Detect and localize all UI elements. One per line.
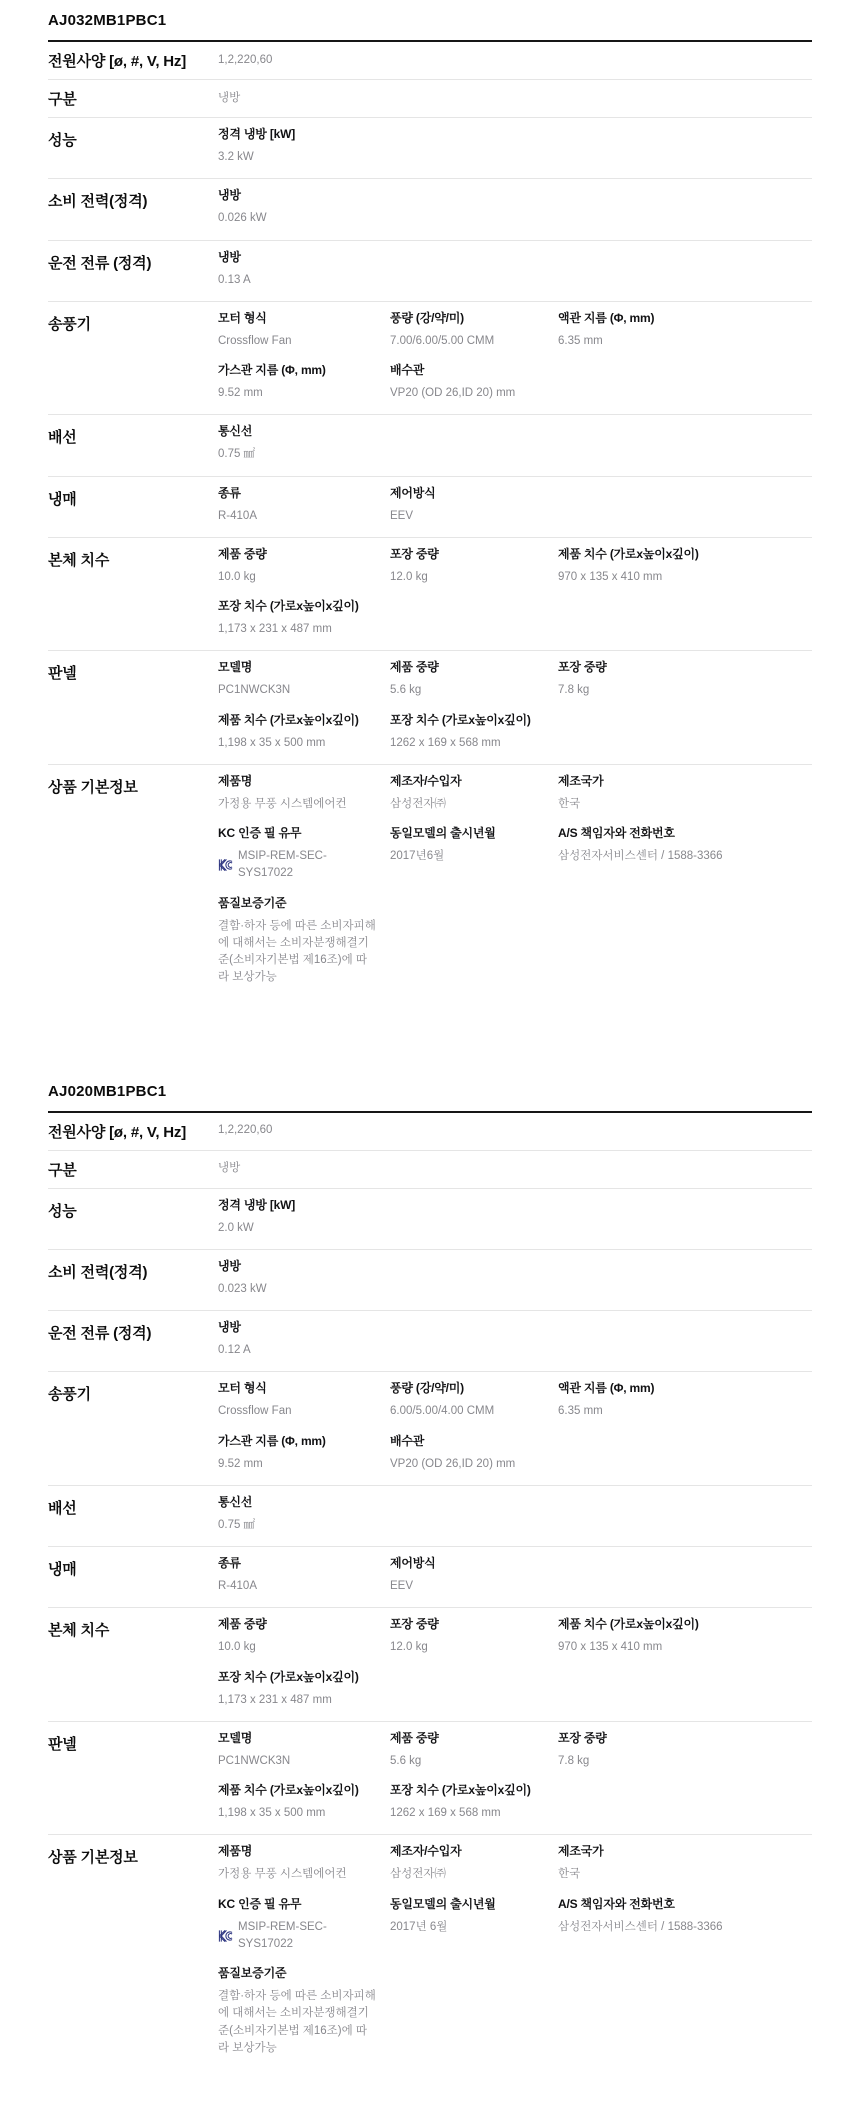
row-label: 운전 전류 (정격) [48,250,218,289]
spec-cell: 냉방 [218,92,390,106]
cell-key: 제품 중량 [390,1731,546,1746]
cell-key: 제품명 [218,1844,378,1859]
cell-key: 제품 중량 [218,547,378,562]
cell-key: 냉방 [218,1320,378,1335]
cell-value: 1,173 x 231 x 487 mm [218,1692,378,1709]
table-row: 운전 전류 (정격)냉방0.13 A [48,240,812,301]
spec-cell: 1,2,220,60 [218,1124,390,1138]
cell-key: 종류 [218,486,378,501]
spec-cell: 포장 치수 (가로x높이x깊이)1262 x 169 x 568 mm [390,713,558,752]
cell-value: 0.026 kW [218,210,378,227]
table-row: 상품 기본정보제품명가정용 무풍 시스템에어컨제조자/수입자삼성전자㈜제조국가한… [48,764,812,999]
cell-value: 2017년 6월 [390,1919,546,1936]
row-cells: 모터 형식Crossflow Fan풍량 (강/약/미)7.00/6.00/5.… [218,311,812,403]
spec-cell: KC 인증 필 유무MSIP-REM-SEC-SYS17022 [218,826,390,883]
spec-cell: 정격 냉방 [kW]2.0 kW [218,1198,390,1237]
cell-key: 제조자/수입자 [390,1844,546,1859]
table-row: 냉매종류R-410A제어방식EEV [48,476,812,537]
row-cells: 냉방0.026 kW [218,188,812,227]
spec-cell: 포장 치수 (가로x높이x깊이)1,173 x 231 x 487 mm [218,1670,390,1709]
cell-value: PC1NWCK3N [218,682,378,699]
row-cells: 모터 형식Crossflow Fan풍량 (강/약/미)6.00/5.00/4.… [218,1381,812,1473]
spec-cell: 품질보증기준결함·하자 등에 따른 소비자피해에 대해서는 소비자분쟁해결기준(… [218,896,390,987]
cell-key: 정격 냉방 [kW] [218,1198,378,1213]
cell-value: 한국 [558,796,800,813]
spec-cell: 제품 중량10.0 kg [218,1617,390,1656]
row-cells: 종류R-410A제어방식EEV [218,1556,812,1595]
cell-key: 포장 중량 [558,660,800,675]
row-cells: 냉방0.023 kW [218,1259,812,1298]
row-label: 냉매 [48,1556,218,1595]
cell-value: 결함·하자 등에 따른 소비자피해에 대해서는 소비자분쟁해결기준(소비자기본법… [218,918,378,987]
row-label: 구분 [48,88,218,109]
spec-cell: 풍량 (강/약/미)7.00/6.00/5.00 CMM [390,311,558,350]
row-label: 냉매 [48,486,218,525]
row-cells: 통신선0.75 ㎟ [218,424,812,463]
row-label: 송풍기 [48,1381,218,1473]
spec-cell: 종류R-410A [218,486,390,525]
spec-cell: 제어방식EEV [390,1556,558,1595]
table-rows: 전원사양 [ø, #, V, Hz]1,2,220,60구분냉방성능정격 냉방 … [48,1111,812,2070]
cell-value: 6.35 mm [558,1403,800,1420]
spec-cell: 모터 형식Crossflow Fan [218,311,390,350]
spec-cell: 제품 치수 (가로x높이x깊이)1,198 x 35 x 500 mm [218,713,390,752]
cell-key: 포장 중량 [558,1731,800,1746]
cell-key: 제품 중량 [390,660,546,675]
cell-value: 냉방 [218,92,378,106]
cell-value: 삼성전자㈜ [390,1866,546,1883]
row-cells: 냉방0.12 A [218,1320,812,1359]
spec-cell: 풍량 (강/약/미)6.00/5.00/4.00 CMM [390,1381,558,1420]
cell-key: 포장 치수 (가로x높이x깊이) [218,599,378,614]
cell-value: 12.0 kg [390,569,546,586]
cell-key: A/S 책임자와 전화번호 [558,826,800,841]
table-row: 소비 전력(정격)냉방0.023 kW [48,1249,812,1310]
cell-key: 풍량 (강/약/미) [390,311,546,326]
cell-key: 모델명 [218,660,378,675]
spec-cell: 냉방0.026 kW [218,188,390,227]
cell-value: 2017년6월 [390,848,546,865]
row-label: 배선 [48,1495,218,1534]
cell-key: 배수관 [390,363,546,378]
cell-key: 모터 형식 [218,1381,378,1396]
spec-cell: 제조국가한국 [558,1844,812,1883]
row-label: 본체 치수 [48,547,218,639]
spec-cell: 포장 중량7.8 kg [558,660,812,699]
spec-cell: 포장 중량7.8 kg [558,1731,812,1770]
spec-sheet: AJ032MB1PBC1전원사양 [ø, #, V, Hz]1,2,220,60… [48,12,812,2069]
spec-cell: 가스관 지름 (Φ, mm)9.52 mm [218,1434,390,1473]
cell-key: 품질보증기준 [218,896,378,911]
cell-key: 배수관 [390,1434,546,1449]
row-cells: 모델명PC1NWCK3N제품 중량5.6 kg포장 중량7.8 kg제품 치수 … [218,1731,812,1823]
cell-value: 970 x 135 x 410 mm [558,1639,800,1656]
cell-key: KC 인증 필 유무 [218,826,378,841]
cell-value: R-410A [218,1578,378,1595]
kc-certification-icon [218,858,233,872]
cell-key: 제어방식 [390,1556,546,1571]
row-label: 소비 전력(정격) [48,188,218,227]
spec-cell: 제어방식EEV [390,486,558,525]
table-row: 전원사양 [ø, #, V, Hz]1,2,220,60 [48,1113,812,1150]
spec-cell: 가스관 지름 (Φ, mm)9.52 mm [218,363,390,402]
spec-cell: 제조국가한국 [558,774,812,813]
cell-value: 9.52 mm [218,1456,378,1473]
cell-value: Crossflow Fan [218,333,378,350]
cell-value: 1262 x 169 x 568 mm [390,735,546,752]
cell-value: 10.0 kg [218,569,378,586]
row-label: 송풍기 [48,311,218,403]
row-label: 본체 치수 [48,1617,218,1709]
table-row: 송풍기모터 형식Crossflow Fan풍량 (강/약/미)6.00/5.00… [48,1371,812,1485]
spec-cell: 통신선0.75 ㎟ [218,424,390,463]
spec-cell: 제품명가정용 무풍 시스템에어컨 [218,1844,390,1883]
cell-key: 포장 중량 [390,1617,546,1632]
cell-key: 제품 치수 (가로x높이x깊이) [558,547,800,562]
spec-cell: 액관 지름 (Φ, mm)6.35 mm [558,1381,812,1420]
row-cells: 제품명가정용 무풍 시스템에어컨제조자/수입자삼성전자㈜제조국가한국KC 인증 … [218,774,812,987]
row-cells: 정격 냉방 [kW]3.2 kW [218,127,812,166]
spec-cell: 1,2,220,60 [218,54,390,68]
row-cells: 제품 중량10.0 kg포장 중량12.0 kg제품 치수 (가로x높이x깊이)… [218,547,812,639]
table-row: 운전 전류 (정격)냉방0.12 A [48,1310,812,1371]
row-cells: 정격 냉방 [kW]2.0 kW [218,1198,812,1237]
cell-key: 제어방식 [390,486,546,501]
kc-certification-number: MSIP-REM-SEC-SYS17022 [238,848,378,883]
cell-key: 모터 형식 [218,311,378,326]
cell-key: 액관 지름 (Φ, mm) [558,311,800,326]
spec-cell: 액관 지름 (Φ, mm)6.35 mm [558,311,812,350]
spec-cell: 제품 중량5.6 kg [390,1731,558,1770]
spec-cell: A/S 책임자와 전화번호삼성전자서비스센터 / 1588-3366 [558,1897,812,1936]
cell-value: EEV [390,508,546,525]
row-cells: 종류R-410A제어방식EEV [218,486,812,525]
spec-cell: 냉방0.13 A [218,250,390,289]
cell-value: 삼성전자서비스센터 / 1588-3366 [558,848,800,865]
cell-value: 냉방 [218,1162,378,1176]
cell-value: 0.75 ㎟ [218,1517,378,1534]
cell-key: 정격 냉방 [kW] [218,127,378,142]
cell-key: 제품 치수 (가로x높이x깊이) [218,713,378,728]
cell-value: 5.6 kg [390,682,546,699]
cell-key: KC 인증 필 유무 [218,1897,378,1912]
cell-key: 통신선 [218,1495,378,1510]
cell-value: 1262 x 169 x 568 mm [390,1805,546,1822]
spec-cell: 포장 치수 (가로x높이x깊이)1,173 x 231 x 487 mm [218,599,390,638]
cell-value: 10.0 kg [218,1639,378,1656]
cell-key: 포장 치수 (가로x높이x깊이) [390,1783,546,1798]
spec-table: AJ032MB1PBC1전원사양 [ø, #, V, Hz]1,2,220,60… [48,12,812,999]
row-cells: 냉방 [218,92,812,106]
table-row: 배선통신선0.75 ㎟ [48,414,812,475]
cell-value: 1,173 x 231 x 487 mm [218,621,378,638]
cell-value: 7.8 kg [558,1753,800,1770]
cell-value: Crossflow Fan [218,1403,378,1420]
cell-value: 한국 [558,1866,800,1883]
spec-cell: 종류R-410A [218,1556,390,1595]
cell-value: 1,198 x 35 x 500 mm [218,1805,378,1822]
cell-key: 모델명 [218,1731,378,1746]
cell-key: 동일모델의 출시년월 [390,826,546,841]
cell-key: 냉방 [218,1259,378,1274]
row-cells: 냉방0.13 A [218,250,812,289]
cell-value: 9.52 mm [218,385,378,402]
table-row: 판넬모델명PC1NWCK3N제품 중량5.6 kg포장 중량7.8 kg제품 치… [48,1721,812,1835]
row-cells: 냉방 [218,1162,812,1176]
cell-value: EEV [390,1578,546,1595]
spec-cell: 배수관VP20 (OD 26,ID 20) mm [390,363,558,402]
cell-key: 제조국가 [558,1844,800,1859]
table-row: 성능정격 냉방 [kW]2.0 kW [48,1188,812,1249]
cell-key: 통신선 [218,424,378,439]
row-cells: 1,2,220,60 [218,54,812,68]
spec-cell: A/S 책임자와 전화번호삼성전자서비스센터 / 1588-3366 [558,826,812,865]
row-label: 소비 전력(정격) [48,1259,218,1298]
spec-cell: 배수관VP20 (OD 26,ID 20) mm [390,1434,558,1473]
cell-value: 0.023 kW [218,1281,378,1298]
spec-cell: 냉방 [218,1162,390,1176]
spec-cell: 모델명PC1NWCK3N [218,1731,390,1770]
row-label: 판넬 [48,1731,218,1823]
cell-value: 7.8 kg [558,682,800,699]
cell-value: VP20 (OD 26,ID 20) mm [390,1456,546,1473]
row-label: 배선 [48,424,218,463]
table-row: 냉매종류R-410A제어방식EEV [48,1546,812,1607]
cell-key: 가스관 지름 (Φ, mm) [218,363,378,378]
cell-key: A/S 책임자와 전화번호 [558,1897,800,1912]
cell-value: 가정용 무풍 시스템에어컨 [218,1866,378,1883]
cell-key: 종류 [218,1556,378,1571]
cell-key: 포장 치수 (가로x높이x깊이) [390,713,546,728]
cell-key: 풍량 (강/약/미) [390,1381,546,1396]
row-label: 운전 전류 (정격) [48,1320,218,1359]
cell-key: 제품 치수 (가로x높이x깊이) [218,1783,378,1798]
table-row: 구분냉방 [48,1150,812,1188]
spec-cell: 제품 치수 (가로x높이x깊이)970 x 135 x 410 mm [558,547,812,586]
spec-cell: 제품명가정용 무풍 시스템에어컨 [218,774,390,813]
kc-certification-number: MSIP-REM-SEC-SYS17022 [238,1919,378,1954]
cell-key: 제품 치수 (가로x높이x깊이) [558,1617,800,1632]
cell-key: 제조자/수입자 [390,774,546,789]
spec-cell: 제품 치수 (가로x높이x깊이)1,198 x 35 x 500 mm [218,1783,390,1822]
cell-value: MSIP-REM-SEC-SYS17022 [218,1919,378,1954]
cell-value: 7.00/6.00/5.00 CMM [390,333,546,350]
cell-value: 5.6 kg [390,1753,546,1770]
cell-value: 6.35 mm [558,333,800,350]
cell-value: 970 x 135 x 410 mm [558,569,800,586]
cell-value: 0.12 A [218,1342,378,1359]
spec-cell: 제품 중량5.6 kg [390,660,558,699]
row-cells: 1,2,220,60 [218,1124,812,1138]
row-label: 구분 [48,1159,218,1180]
cell-value: 삼성전자서비스센터 / 1588-3366 [558,1919,800,1936]
spec-table: AJ020MB1PBC1전원사양 [ø, #, V, Hz]1,2,220,60… [48,1083,812,2070]
cell-value: 결함·하자 등에 따른 소비자피해에 대해서는 소비자분쟁해결기준(소비자기본법… [218,1988,378,2057]
spec-cell: 동일모델의 출시년월2017년 6월 [390,1897,558,1936]
table-row: 송풍기모터 형식Crossflow Fan풍량 (강/약/미)7.00/6.00… [48,301,812,415]
cell-value: 6.00/5.00/4.00 CMM [390,1403,546,1420]
cell-value: 2.0 kW [218,1220,378,1237]
spec-cell: 정격 냉방 [kW]3.2 kW [218,127,390,166]
spec-cell: 냉방0.023 kW [218,1259,390,1298]
row-cells: 통신선0.75 ㎟ [218,1495,812,1534]
cell-value: MSIP-REM-SEC-SYS17022 [218,848,378,883]
cell-value: 가정용 무풍 시스템에어컨 [218,796,378,813]
table-title-model-number: AJ032MB1PBC1 [48,12,812,29]
kc-certification-icon [218,1929,233,1943]
row-label: 성능 [48,1198,218,1237]
cell-key: 품질보증기준 [218,1966,378,1981]
table-row: 상품 기본정보제품명가정용 무풍 시스템에어컨제조자/수입자삼성전자㈜제조국가한… [48,1834,812,2069]
cell-key: 가스관 지름 (Φ, mm) [218,1434,378,1449]
spec-cell: 통신선0.75 ㎟ [218,1495,390,1534]
cell-value: 1,198 x 35 x 500 mm [218,735,378,752]
spec-cell: 모터 형식Crossflow Fan [218,1381,390,1420]
spec-cell: 포장 중량12.0 kg [390,1617,558,1656]
cell-key: 포장 중량 [390,547,546,562]
cell-value: 0.75 ㎟ [218,446,378,463]
table-row: 본체 치수제품 중량10.0 kg포장 중량12.0 kg제품 치수 (가로x높… [48,537,812,651]
spec-cell: 품질보증기준결함·하자 등에 따른 소비자피해에 대해서는 소비자분쟁해결기준(… [218,1966,390,2057]
cell-key: 액관 지름 (Φ, mm) [558,1381,800,1396]
spec-cell: 포장 치수 (가로x높이x깊이)1262 x 169 x 568 mm [390,1783,558,1822]
cell-key: 제품 중량 [218,1617,378,1632]
table-title-model-number: AJ020MB1PBC1 [48,1083,812,1100]
row-label: 판넬 [48,660,218,752]
cell-value: 3.2 kW [218,149,378,166]
row-label: 상품 기본정보 [48,1844,218,2057]
cell-value: PC1NWCK3N [218,1753,378,1770]
row-cells: 제품명가정용 무풍 시스템에어컨제조자/수입자삼성전자㈜제조국가한국KC 인증 … [218,1844,812,2057]
spec-cell: 제조자/수입자삼성전자㈜ [390,774,558,813]
table-row: 전원사양 [ø, #, V, Hz]1,2,220,60 [48,42,812,79]
table-row: 성능정격 냉방 [kW]3.2 kW [48,117,812,178]
cell-key: 냉방 [218,250,378,265]
spec-cell: KC 인증 필 유무MSIP-REM-SEC-SYS17022 [218,1897,390,1954]
cell-key: 제조국가 [558,774,800,789]
row-cells: 제품 중량10.0 kg포장 중량12.0 kg제품 치수 (가로x높이x깊이)… [218,1617,812,1709]
table-row: 본체 치수제품 중량10.0 kg포장 중량12.0 kg제품 치수 (가로x높… [48,1607,812,1721]
row-label: 성능 [48,127,218,166]
row-label: 전원사양 [ø, #, V, Hz] [48,50,218,71]
table-rows: 전원사양 [ø, #, V, Hz]1,2,220,60구분냉방성능정격 냉방 … [48,40,812,999]
spec-cell: 포장 중량12.0 kg [390,547,558,586]
cell-key: 포장 치수 (가로x높이x깊이) [218,1670,378,1685]
row-cells: 모델명PC1NWCK3N제품 중량5.6 kg포장 중량7.8 kg제품 치수 … [218,660,812,752]
table-row: 구분냉방 [48,79,812,117]
cell-value: VP20 (OD 26,ID 20) mm [390,385,546,402]
cell-value: 1,2,220,60 [218,1124,378,1138]
spec-cell: 제조자/수입자삼성전자㈜ [390,1844,558,1883]
cell-key: 동일모델의 출시년월 [390,1897,546,1912]
spec-cell: 냉방0.12 A [218,1320,390,1359]
table-row: 배선통신선0.75 ㎟ [48,1485,812,1546]
cell-value: 삼성전자㈜ [390,796,546,813]
cell-value: 0.13 A [218,272,378,289]
cell-value: 1,2,220,60 [218,54,378,68]
row-label: 전원사양 [ø, #, V, Hz] [48,1121,218,1142]
cell-key: 제품명 [218,774,378,789]
spec-cell: 제품 치수 (가로x높이x깊이)970 x 135 x 410 mm [558,1617,812,1656]
spec-cell: 동일모델의 출시년월2017년6월 [390,826,558,865]
table-row: 소비 전력(정격)냉방0.026 kW [48,178,812,239]
spec-cell: 모델명PC1NWCK3N [218,660,390,699]
cell-value: 12.0 kg [390,1639,546,1656]
table-row: 판넬모델명PC1NWCK3N제품 중량5.6 kg포장 중량7.8 kg제품 치… [48,650,812,764]
row-label: 상품 기본정보 [48,774,218,987]
cell-key: 냉방 [218,188,378,203]
cell-value: R-410A [218,508,378,525]
spec-cell: 제품 중량10.0 kg [218,547,390,586]
